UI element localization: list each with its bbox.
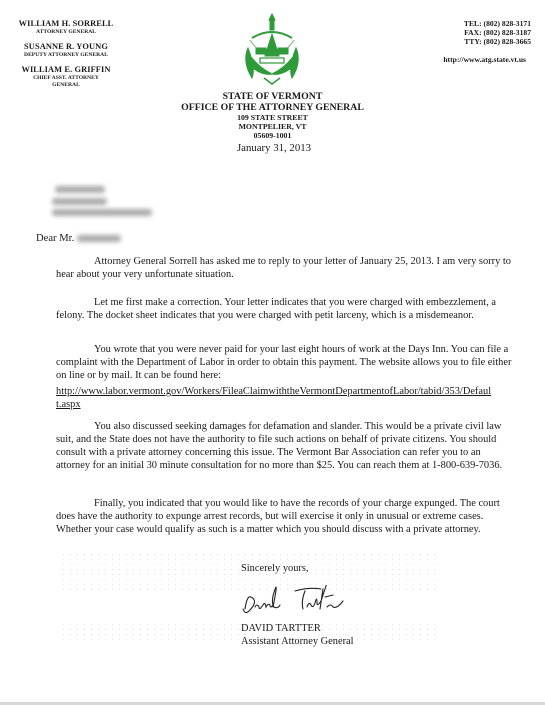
letterhead-officials: WILLIAM H. SORRELL ATTORNEY GENERAL SUSA… bbox=[0, 19, 132, 89]
closing: Sincerely yours, bbox=[241, 563, 309, 574]
redacted-recipient-name bbox=[55, 186, 105, 193]
paragraph-5: Finally, you indicated that you would li… bbox=[56, 497, 516, 536]
signer-title: Assistant Attorney General bbox=[241, 636, 354, 647]
state-name: STATE OF VERMONT bbox=[150, 91, 395, 102]
city-state: MONTPELIER, VT bbox=[150, 122, 395, 131]
paragraph-1: Attorney General Sorrell has asked me to… bbox=[56, 255, 516, 281]
official-title: ATTORNEY GENERAL bbox=[0, 29, 132, 36]
paragraph-3: You wrote that you were never paid for y… bbox=[56, 343, 516, 382]
office-name: OFFICE OF THE ATTORNEY GENERAL bbox=[150, 102, 395, 113]
salutation: Dear Mr. bbox=[36, 233, 121, 244]
street-address: 109 STATE STREET bbox=[150, 113, 395, 122]
vermont-seal-icon bbox=[222, 12, 322, 88]
zip-code: 05609-1001 bbox=[150, 131, 395, 140]
letterhead-contact: TEL: (802) 828-3171 FAX: (802) 828-3187 … bbox=[381, 19, 531, 64]
signature-icon bbox=[241, 585, 351, 617]
salutation-text: Dear Mr. bbox=[36, 233, 74, 244]
tty-number: TTY: (802) 828-3665 bbox=[381, 37, 531, 46]
redacted-recipient-city bbox=[52, 209, 152, 216]
fax-number: FAX: (802) 828-3187 bbox=[381, 28, 531, 37]
official-title: CHIEF ASST. ATTORNEY bbox=[0, 75, 132, 82]
office-address: STATE OF VERMONT OFFICE OF THE ATTORNEY … bbox=[150, 91, 395, 140]
official-name: SUSANNE R. YOUNG bbox=[0, 42, 132, 52]
paragraph-2: Let me first make a correction. Your let… bbox=[56, 296, 516, 322]
letter-date: January 31, 2013 bbox=[150, 142, 398, 154]
official-name: WILLIAM E. GRIFFIN bbox=[0, 65, 132, 75]
phone-number: TEL: (802) 828-3171 bbox=[381, 19, 531, 28]
redacted-recipient-street bbox=[52, 198, 107, 205]
paragraph-4: You also discussed seeking damages for d… bbox=[56, 420, 516, 472]
labor-claim-link[interactable]: http://www.labor.vermont.gov/Workers/Fil… bbox=[56, 385, 496, 411]
signer-name: DAVID TARTTER bbox=[241, 623, 321, 634]
official-name: WILLIAM H. SORRELL bbox=[0, 19, 132, 29]
redacted-recipient-surname bbox=[77, 235, 121, 242]
official-title: DEPUTY ATTORNEY GENERAL bbox=[0, 52, 132, 59]
website-url[interactable]: http://www.atg.state.vt.us bbox=[381, 55, 531, 64]
official-title: GENERAL bbox=[0, 82, 132, 89]
